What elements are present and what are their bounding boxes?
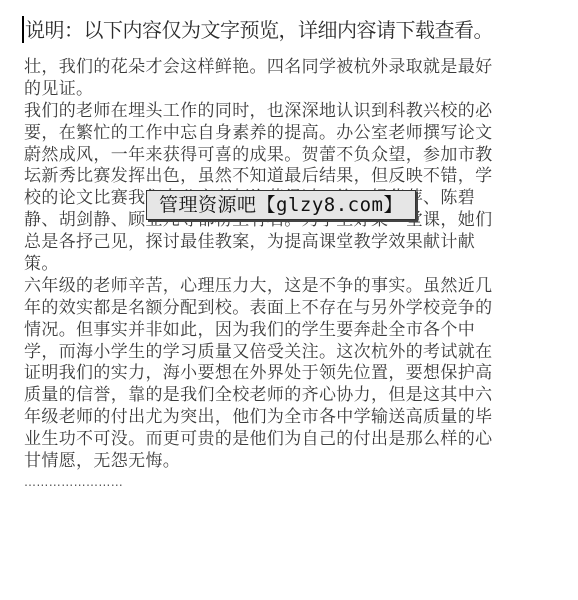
text-line: 策。 xyxy=(24,254,524,276)
text-line: 我们的老师在埋头工作的同时，也深深地认识到科教兴校的必 xyxy=(24,101,524,123)
text-line: 总是各抒己见，探讨最佳教案，为提高课堂教学效果献计献 xyxy=(24,232,524,254)
text-line: 证明我们的实力，海小要想在外界处于领先位置，要想保护高 xyxy=(24,363,524,385)
text-line: 甘情愿，无怨无悔。 xyxy=(24,451,524,473)
text-line: 的见证。 xyxy=(24,79,524,101)
preview-notice: 说明：以下内容仅为文字预览，详细内容请下载查看。 xyxy=(22,16,493,44)
text-line: 坛新秀比赛发挥出色，虽然不知道最后结果，但反映不错，学 xyxy=(24,166,524,188)
text-line: 蔚然成风，一年来获得可喜的成果。贺蕾不负众望，参加市教 xyxy=(24,145,524,167)
ellipsis-truncation: …………………… xyxy=(24,475,524,489)
watermark-banner: 管理资源吧【glzy8.com】 xyxy=(146,190,416,220)
text-line: 情况。但事实并非如此，因为我们的学生要奔赴全市各个中 xyxy=(24,320,524,342)
text-line: 业生功不可没。而更可贵的是他们为自己的付出是那么样的心 xyxy=(24,429,524,451)
text-line: 质量的信誉，靠的是我们全校老师的齐心协力，但是这其中六 xyxy=(24,385,524,407)
text-line: 要，在繁忙的工作中忘自身素养的提高。办公室老师撰写论文 xyxy=(24,123,524,145)
text-line: 六年级的老师辛苦，心理压力大，这是不争的事实。虽然近几 xyxy=(24,276,524,298)
document-body: 壮，我们的花朵才会这样鲜艳。四名同学被杭外录取就是最好 的见证。 我们的老师在埋… xyxy=(24,57,524,489)
text-line: 年的效实都是名额分配到校。表面上不存在与另外学校竞争的 xyxy=(24,298,524,320)
text-line: 年级老师的付出尤为突出，他们为全市各中学输送高质量的毕 xyxy=(24,407,524,429)
text-line: 学，而海小学生的学习质量又倍受关注。这次杭外的考试就在 xyxy=(24,342,524,364)
text-line: 壮，我们的花朵才会这样鲜艳。四名同学被杭外录取就是最好 xyxy=(24,57,524,79)
